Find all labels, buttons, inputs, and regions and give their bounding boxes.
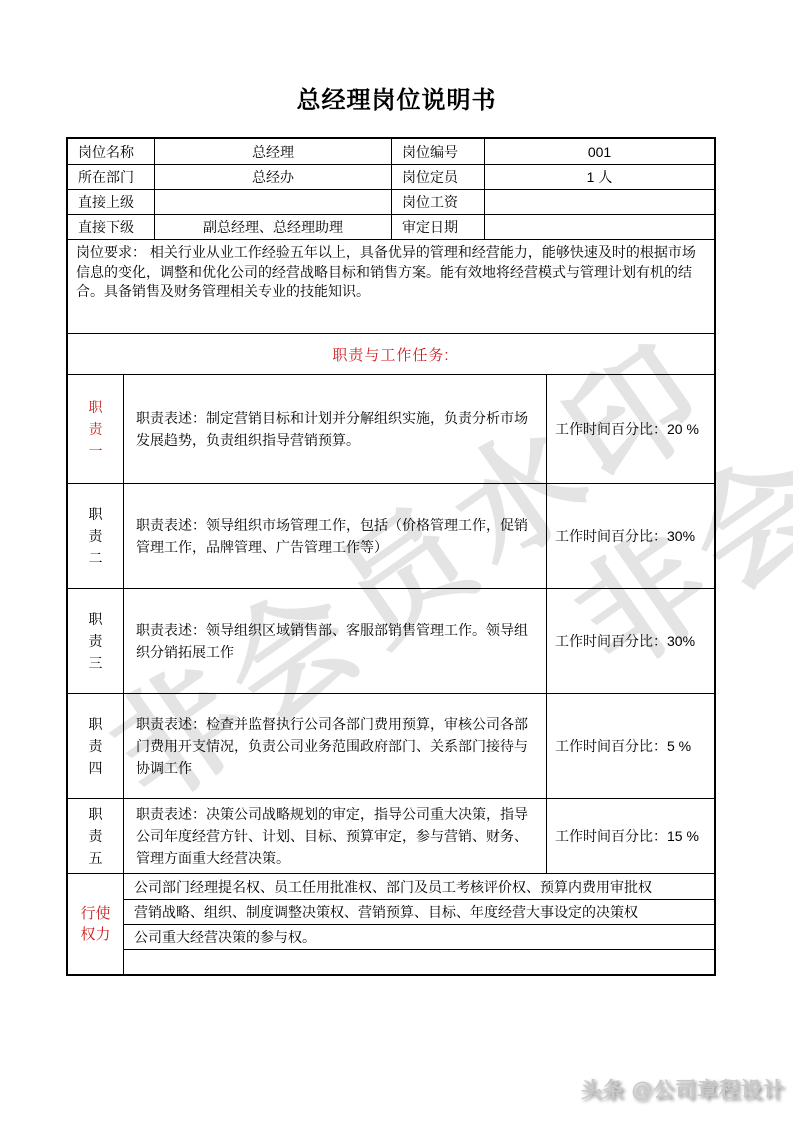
duty-row-4: 职责四 职责表述：检查并监督执行公司各部门费用预算，审核公司各部门费用开支情况，… bbox=[68, 693, 714, 798]
label-salary: 岗位工资 bbox=[391, 190, 484, 214]
document-page: 非会员水印 非会员水印 总经理岗位说明书 岗位名称 总经理 岗位编号 001 所… bbox=[0, 0, 793, 1122]
duty-5-label: 职责五 bbox=[68, 799, 123, 873]
duty-4-description: 职责表述：检查并监督执行公司各部门费用预算，审核公司各部门费用开支情况，负责公司… bbox=[123, 694, 546, 798]
duty-row-1: 职责一 职责表述：制定营销目标和计划并分解组织实施，负责分析市场发展趋势，负责组… bbox=[68, 374, 714, 483]
requirements-text: 相关行业从业工作经验五年以上，具备优异的管理和经营能力，能够快速及时的根据市场信… bbox=[76, 244, 696, 299]
authority-label: 行使权力 bbox=[68, 874, 123, 974]
duty-2-description-text: 职责表述：领导组织市场管理工作，包括（价格管理工作，促销管理工作，品牌管理、广告… bbox=[136, 514, 534, 558]
duties-header: 职责与工作任务: bbox=[68, 334, 714, 374]
label-approval-date: 审定日期 bbox=[391, 215, 484, 239]
duty-1-label: 职责一 bbox=[68, 375, 123, 483]
value-direct-subordinates: 副总经理、总经理助理 bbox=[154, 215, 391, 239]
duty-5-time-value: 15 % bbox=[667, 828, 699, 844]
page-title: 总经理岗位说明书 bbox=[0, 80, 793, 115]
duty-2-label-text: 职责二 bbox=[88, 503, 104, 569]
job-description-table: 岗位名称 总经理 岗位编号 001 所在部门 总经办 岗位定员 1 人 直接上级… bbox=[66, 137, 716, 976]
duty-5-time: 工作时间百分比：15 % bbox=[546, 799, 714, 873]
label-position-number: 岗位编号 bbox=[391, 139, 484, 164]
duty-5-label-text: 职责五 bbox=[88, 803, 104, 869]
duty-1-time-label: 工作时间百分比： bbox=[555, 419, 667, 439]
info-row-subordinates: 直接下级 副总经理、总经理助理 审定日期 bbox=[68, 214, 714, 239]
duty-3-label: 职责三 bbox=[68, 589, 123, 693]
info-row-department: 所在部门 总经办 岗位定员 1 人 bbox=[68, 164, 714, 189]
label-direct-subordinates: 直接下级 bbox=[68, 215, 154, 239]
duty-3-time-value: 30% bbox=[667, 633, 695, 649]
duty-4-description-text: 职责表述：检查并监督执行公司各部门费用预算，审核公司各部门费用开支情况，负责公司… bbox=[136, 713, 534, 779]
duty-5-description: 职责表述：决策公司战略规划的审定，指导公司重大决策，指导公司年度经营方针、计划、… bbox=[123, 799, 546, 873]
label-direct-superior: 直接上级 bbox=[68, 190, 154, 214]
value-direct-superior bbox=[154, 190, 391, 214]
value-headcount: 1 人 bbox=[484, 165, 714, 189]
value-position-number: 001 bbox=[484, 139, 714, 164]
requirements-row: 岗位要求： 相关行业从业工作经验五年以上，具备优异的管理和经营能力，能够快速及时… bbox=[68, 239, 714, 333]
authority-label-text: 行使权力 bbox=[79, 903, 113, 945]
duty-3-description-text: 职责表述：领导组织区域销售部、客服部销售管理工作。领导组织分销拓展工作 bbox=[136, 619, 534, 663]
authority-section: 行使权力 公司部门经理提名权、员工任用批准权、部门及员工考核评价权、预算内费用审… bbox=[68, 873, 714, 974]
label-department: 所在部门 bbox=[68, 165, 154, 189]
requirements-label: 岗位要求： bbox=[76, 244, 146, 260]
duty-1-time: 工作时间百分比：20 % bbox=[546, 375, 714, 483]
duty-row-2: 职责二 职责表述：领导组织市场管理工作，包括（价格管理工作，促销管理工作，品牌管… bbox=[68, 483, 714, 588]
duty-2-label: 职责二 bbox=[68, 484, 123, 588]
duty-4-time: 工作时间百分比：5 % bbox=[546, 694, 714, 798]
info-row-superior: 直接上级 岗位工资 bbox=[68, 189, 714, 214]
value-department: 总经办 bbox=[154, 165, 391, 189]
duty-4-time-value: 5 % bbox=[667, 738, 691, 754]
duty-1-time-value: 20 % bbox=[667, 421, 699, 437]
value-position-name: 总经理 bbox=[154, 139, 391, 164]
authority-item-3: 公司重大经营决策的参与权。 bbox=[124, 924, 714, 949]
value-approval-date bbox=[484, 215, 714, 239]
duty-2-time-label: 工作时间百分比： bbox=[555, 526, 667, 546]
duty-row-5: 职责五 职责表述：决策公司战略规划的审定，指导公司重大决策，指导公司年度经营方针… bbox=[68, 798, 714, 873]
duty-1-label-text: 职责一 bbox=[88, 396, 104, 462]
authority-item-2: 营销战略、组织、制度调整决策权、营销预算、目标、年度经营大事设定的决策权 bbox=[124, 899, 714, 924]
duty-2-description: 职责表述：领导组织市场管理工作，包括（价格管理工作，促销管理工作，品牌管理、广告… bbox=[123, 484, 546, 588]
duty-2-time: 工作时间百分比：30% bbox=[546, 484, 714, 588]
requirements-paragraph: 岗位要求： 相关行业从业工作经验五年以上，具备优异的管理和经营能力，能够快速及时… bbox=[68, 240, 714, 333]
duty-3-time-label: 工作时间百分比： bbox=[555, 631, 667, 651]
duties-header-row: 职责与工作任务: bbox=[68, 333, 714, 374]
duty-4-time-label: 工作时间百分比： bbox=[555, 736, 667, 756]
authority-item-1: 公司部门经理提名权、员工任用批准权、部门及员工考核评价权、预算内费用审批权 bbox=[124, 874, 714, 899]
label-headcount: 岗位定员 bbox=[391, 165, 484, 189]
label-position-name: 岗位名称 bbox=[68, 139, 154, 164]
duty-2-time-value: 30% bbox=[667, 528, 695, 544]
duty-3-label-text: 职责三 bbox=[88, 608, 104, 674]
duty-5-time-label: 工作时间百分比： bbox=[555, 826, 667, 846]
info-row-position: 岗位名称 总经理 岗位编号 001 bbox=[68, 139, 714, 164]
duty-row-3: 职责三 职责表述：领导组织区域销售部、客服部销售管理工作。领导组织分销拓展工作 … bbox=[68, 588, 714, 693]
duty-5-description-text: 职责表述：决策公司战略规划的审定，指导公司重大决策，指导公司年度经营方针、计划、… bbox=[136, 803, 534, 869]
duty-1-description: 职责表述：制定营销目标和计划并分解组织实施，负责分析市场发展趋势，负责组织指导营… bbox=[123, 375, 546, 483]
duty-1-description-text: 职责表述：制定营销目标和计划并分解组织实施，负责分析市场发展趋势，负责组织指导营… bbox=[136, 407, 534, 451]
footer-brand-mark: 头条 @公司章程设计 bbox=[581, 1074, 785, 1104]
duty-4-label: 职责四 bbox=[68, 694, 123, 798]
duty-3-time: 工作时间百分比：30% bbox=[546, 589, 714, 693]
authority-items: 公司部门经理提名权、员工任用批准权、部门及员工考核评价权、预算内费用审批权 营销… bbox=[123, 874, 714, 974]
duty-3-description: 职责表述：领导组织区域销售部、客服部销售管理工作。领导组织分销拓展工作 bbox=[123, 589, 546, 693]
authority-item-4 bbox=[124, 949, 714, 974]
duty-4-label-text: 职责四 bbox=[88, 713, 104, 779]
value-salary bbox=[484, 190, 714, 214]
